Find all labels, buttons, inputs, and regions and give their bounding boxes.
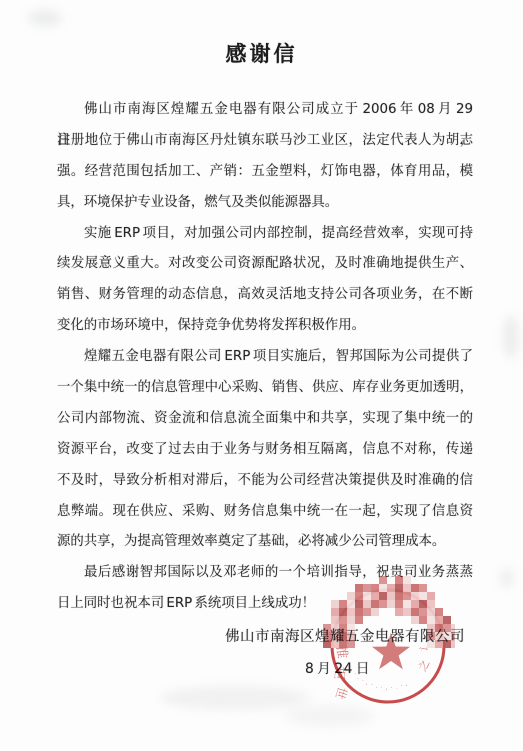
body-line: 具，环境保护专业设备，燃气及类似能源器具。 [57, 188, 473, 219]
scan-smudge [503, 315, 519, 359]
letter-body: 佛山市南海区煌耀五金电器有限公司成立于 2006 年 08 月 29 日， 注册… [57, 95, 473, 620]
stamp-mosaic [323, 576, 455, 648]
body-line: 一个集中统一的信息管理中心采购、销售、供应、库存业务更加透明， [57, 373, 473, 404]
body-line: 变化的市场环境中，保持竞争优势将发挥积极作用。 [57, 311, 473, 342]
scan-smudge [160, 686, 310, 710]
stamp-side-glyph: 世 [332, 685, 350, 701]
body-line: 煌耀五金电器有限公司 ERP 项目实施后，智邦国际为公司提供了 [57, 342, 473, 373]
stamp-side-glyph: 拒 [331, 666, 348, 681]
body-line: 实施 ERP 项目，对加强公司内部控制，提高经营效率，实现可持 [57, 219, 473, 250]
body-line: 注册地位于佛山市南海区丹灶镇东联马沙工业区，法定代表人为胡志 [57, 126, 473, 157]
body-line: 不及时，导致分析相对滞后，不能为公司经营决策提供及时准确的信 [57, 466, 473, 497]
stamp-bottom-arc-text: · , · . · , · . · , · . · , [345, 664, 409, 691]
body-line: 强。经营范围包括加工、产销：五金塑料，灯饰电器，体育用品，模 [57, 157, 473, 188]
stamp-star [372, 633, 410, 669]
stamp-side-glyph: 之 [416, 658, 432, 673]
body-line: 公司内部物流、资金流和信息流全面集中和共享，实现了集中统一的 [57, 404, 473, 435]
company-seal-stamp: 推 拒 世 讠 之 · , · . · , · . · , · . · , [323, 576, 455, 726]
body-line: 息弊端。现在供应、采购、财务信息集中统一在一起，实现了信息资 [57, 497, 473, 528]
body-line: 资源平台，改变了过去由于业务与财务相互隔离，信息不对称，传递 [57, 435, 473, 466]
body-line: 佛山市南海区煌耀五金电器有限公司成立于 2006 年 08 月 29 日， [57, 95, 473, 126]
body-line: 源的共享，为提高管理效率奠定了基础，必将减少公司管理成本。 [57, 527, 473, 558]
letter-title: 感谢信 [0, 38, 523, 68]
scanned-letter-page: 感谢信 佛山市南海区煌耀五金电器有限公司成立于 2006 年 08 月 29 日… [0, 0, 523, 751]
scan-smudge [28, 10, 62, 26]
body-line: 续发展意义重大。对改变公司资源配路状况，及时准确地提供生产、 [57, 249, 473, 280]
body-line: 销售、财务管理的动态信息，高效灵活地支持公司各项业务，在不断 [57, 280, 473, 311]
scan-smudge [500, 568, 514, 588]
